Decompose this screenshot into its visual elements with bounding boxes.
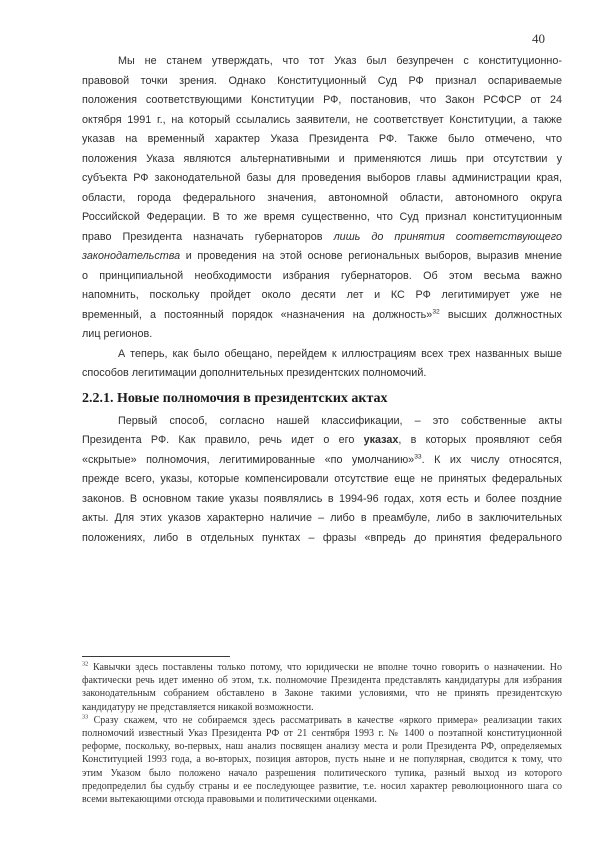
footnote-separator [82, 656, 230, 657]
text-line: законодательным собранием обставлено в З… [82, 687, 562, 700]
text-line: субъекта РФ законодательной базы для про… [82, 169, 562, 189]
text-line: положения соответствующими Конституции Р… [82, 91, 562, 111]
text-line: А теперь, как было обещано, перейдем к и… [82, 345, 562, 365]
text-line: акты. Для этих указов характерно наличие… [82, 509, 562, 529]
text-line: лиц регионов. [82, 325, 562, 345]
paragraph: Первый способ, согласно нашей классифика… [82, 412, 562, 549]
document-page: 40 Мы не станем утверждать, что тот Указ… [0, 0, 600, 849]
text-line: кандидатуру не представляется никакой во… [82, 701, 562, 714]
text-line: законов. В основном такие указы появляли… [82, 490, 562, 510]
body-text: Мы не станем утверждать, что тот Указ бы… [82, 52, 562, 548]
text-line: Конституцией 1993 года, а во-вторых, поз… [82, 753, 562, 766]
text-line: всеми вытекающими отсюда правовыми и пол… [82, 793, 562, 806]
section-heading: 2.2.1. Новые полномочия в президентских … [82, 388, 562, 410]
text-line: прежде всего, указы, которые компенсиров… [82, 470, 562, 490]
footnote: 32 Кавычки здесь поставлены только потом… [82, 661, 562, 714]
footnote: 33 Сразу скажем, что не собираемся здесь… [82, 714, 562, 806]
text-line: 32 Кавычки здесь поставлены только потом… [82, 661, 562, 674]
text-line: фактически речь идет именно об этом, т.к… [82, 674, 562, 687]
text-line: «скрытые» полномочия, легитимированные «… [82, 451, 562, 471]
text-line: 33 Сразу скажем, что не собираемся здесь… [82, 714, 562, 727]
text-line: способов легитимации дополнительных през… [82, 364, 562, 384]
text-line: о принципиальной необходимости избрания … [82, 267, 562, 287]
text-line: этим Указом было положено начало разреше… [82, 767, 562, 780]
text-line: реформе, поскольку, во-первых, наш анали… [82, 740, 562, 753]
text-line: области, города федерального значения, а… [82, 189, 562, 209]
text-line: указав на временный характер Указа Прези… [82, 130, 562, 150]
text-line: Президента РФ. Как правило, речь идет о … [82, 431, 562, 451]
text-line: законодательства и проведения на этой ос… [82, 247, 562, 267]
page-number: 40 [532, 31, 545, 47]
text-line: Мы не станем утверждать, что тот Указ бы… [82, 52, 562, 72]
paragraph: А теперь, как было обещано, перейдем к и… [82, 345, 562, 384]
text-line: право Президента назначать губернаторов … [82, 228, 562, 248]
text-line: полномочий известный Указ Президента РФ … [82, 727, 562, 740]
text-line: напомнить, поскольку пройдет около десят… [82, 286, 562, 306]
paragraph: Мы не станем утверждать, что тот Указ бы… [82, 52, 562, 345]
text-line: правовой точки зрения. Однако Конституци… [82, 72, 562, 92]
text-line: положения Указа являются альтернативными… [82, 150, 562, 170]
text-line: положениях, либо в отдельных пунктах – ф… [82, 529, 562, 549]
text-line: предопределил бы судьбу страны и ее посл… [82, 780, 562, 793]
footnotes: 32 Кавычки здесь поставлены только потом… [82, 661, 562, 806]
text-line: октября 1991 г., на который ссылались за… [82, 111, 562, 131]
text-line: Первый способ, согласно нашей классифика… [82, 412, 562, 432]
text-line: Российской Федерации. В то же время суще… [82, 208, 562, 228]
text-line: временный, а постоянный порядок «назначе… [82, 306, 562, 326]
